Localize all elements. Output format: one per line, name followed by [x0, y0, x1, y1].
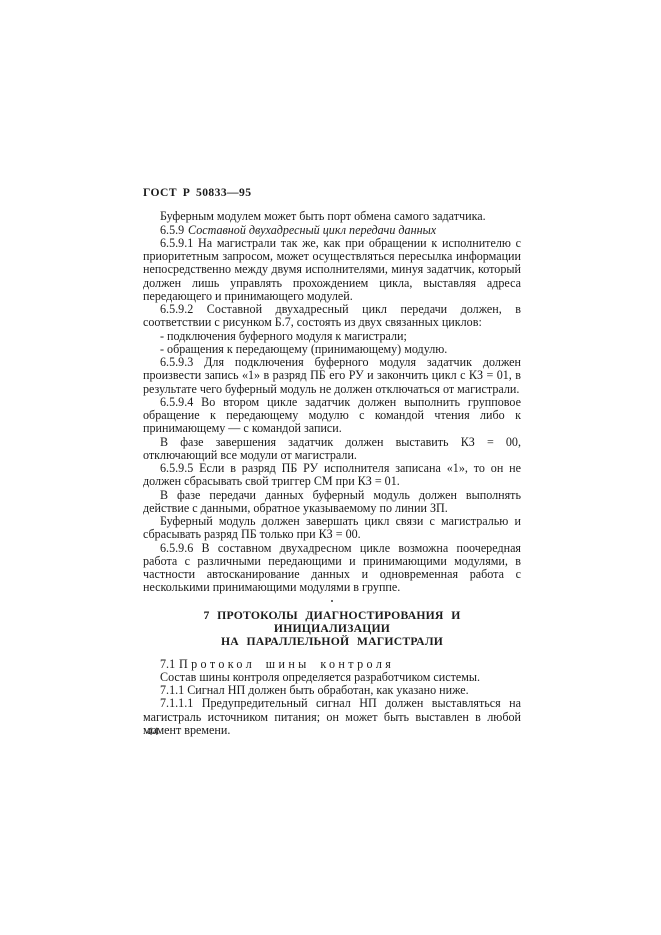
paragraph-6-5-9-1: 6.5.9.1 На магистрали так же, как при об…	[143, 237, 521, 303]
paragraph-buffer-end: Буферный модуль должен завершать цикл св…	[143, 515, 521, 542]
clause-title: Составной двухадресный цикл передачи дан…	[188, 223, 436, 237]
list-item: - подключения буферного модуля к магистр…	[143, 330, 521, 343]
paragraph-7-1-1: 7.1.1 Сигнал НП должен быть обработан, к…	[143, 684, 521, 697]
section-7-heading-line1: 7 ПРОТОКОЛЫ ДИАГНОСТИРОВАНИЯ И ИНИЦИАЛИЗ…	[203, 609, 460, 635]
scan-dot-artifact	[331, 600, 333, 602]
paragraph-sostav: Состав шины контроля определяется разраб…	[143, 671, 521, 684]
clause-number: 6.5.9	[160, 223, 184, 237]
paragraph-7-1-1-1: 7.1.1.1 Предупредительный сигнал НП долж…	[143, 697, 521, 737]
clause-6-5-9-heading: 6.5.9Составной двухадресный цикл передач…	[143, 224, 521, 237]
paragraph-6-5-9-6: 6.5.9.6 В составном двухадресном цикле в…	[143, 542, 521, 595]
running-header: ГОСТ Р 50833—95	[143, 186, 521, 199]
paragraph-phase-data: В фазе передачи данных буферный модуль д…	[143, 489, 521, 516]
paragraph-6-5-9-2: 6.5.9.2 Составной двухадресный цикл пере…	[143, 303, 521, 330]
page-content: ГОСТ Р 50833—95 Буферным модулем может б…	[143, 186, 521, 737]
paragraph-6-5-9-4: 6.5.9.4 Во втором цикле задатчик должен …	[143, 396, 521, 436]
paragraph-6-5-9-3: 6.5.9.3 Для подключения буферного модуля…	[143, 356, 521, 396]
clause-title: Протокол шины контроля	[179, 657, 394, 671]
paragraph-6-5-9-5: 6.5.9.5 Если в разряд ПБ РУ исполнителя …	[143, 462, 521, 489]
section-7-heading: 7 ПРОТОКОЛЫ ДИАГНОСТИРОВАНИЯ И ИНИЦИАЛИЗ…	[143, 609, 521, 649]
paragraph-intro: Буферным модулем может быть порт обмена …	[143, 210, 521, 223]
clause-number: 7.1	[160, 657, 175, 671]
page-number: 44	[147, 726, 159, 738]
clause-7-1-heading: 7.1Протокол шины контроля	[143, 658, 521, 671]
paragraph-phase-end: В фазе завершения задатчик должен выстав…	[143, 436, 521, 463]
document-page: ГОСТ Р 50833—95 Буферным модулем может б…	[0, 0, 661, 935]
section-7-heading-line2: НА ПАРАЛЛЕЛЬНОЙ МАГИСТРАЛИ	[221, 635, 443, 648]
list-item: - обращения к передающему (принимающему)…	[143, 343, 521, 356]
